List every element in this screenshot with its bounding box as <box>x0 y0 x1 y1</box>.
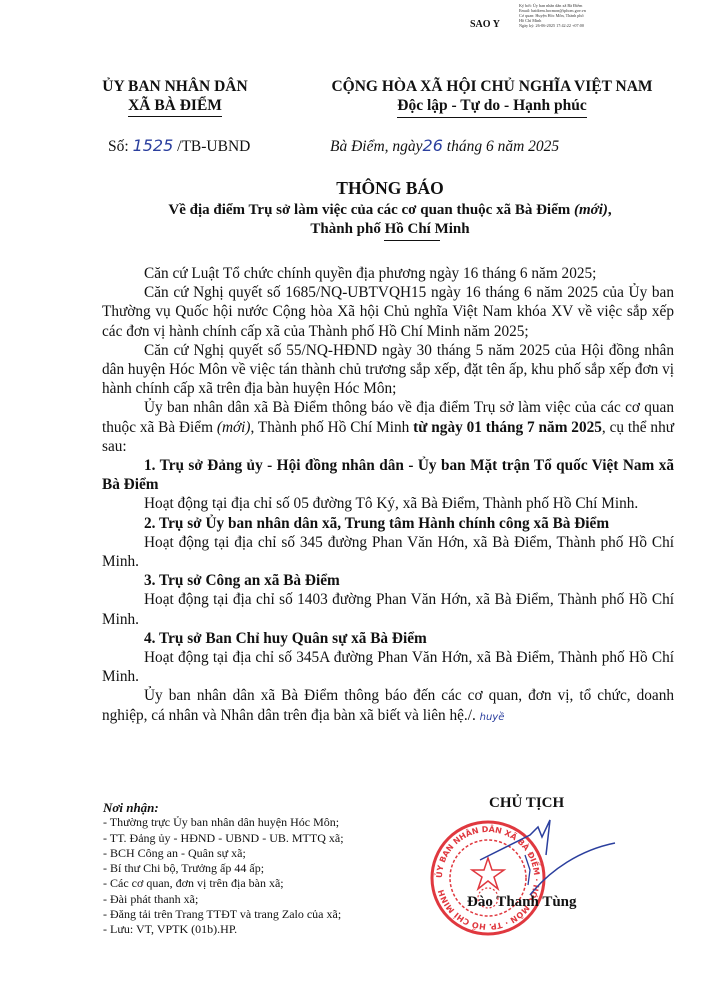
legal-basis: Căn cứ Nghị quyết số 55/NQ-HĐND ngày 30 … <box>102 341 674 399</box>
signature-meta-line: Ngày ký: 26-06-2025 17:42:22 +07:00 <box>519 23 589 28</box>
intro-paragraph: Ủy ban nhân dân xã Bà Điểm thông báo về … <box>102 398 674 456</box>
recipient-item: - BCH Công an - Quân sự xã; <box>103 846 344 861</box>
recipients-heading: Nơi nhận: <box>103 800 344 815</box>
recipients-list: Nơi nhận: - Thường trực Ủy ban nhân dân … <box>103 800 344 938</box>
recipient-item: - TT. Đảng ủy - HĐND - UBND - UB. MTTQ x… <box>103 831 344 846</box>
document-number: Số: 1525 /TB-UBND <box>108 136 250 156</box>
legal-basis: Căn cứ Luật Tổ chức chính quyền địa phươ… <box>102 264 674 283</box>
office-heading: 1. Trụ sở Đảng ủy - Hội đồng nhân dân - … <box>102 456 674 494</box>
national-header: CỘNG HÒA XÃ HỘI CHỦ NGHĨA VIỆT NAM Độc l… <box>302 77 682 118</box>
office-address: Hoạt động tại địa chỉ số 05 đường Tô Ký,… <box>102 494 674 513</box>
recipient-item: - Đăng tải trên Trang TTĐT và trang Zalo… <box>103 907 344 922</box>
recipient-item: - Các cơ quan, đơn vị trên địa bàn xã; <box>103 876 344 891</box>
office-address: Hoạt động tại địa chỉ số 345A đường Phan… <box>102 648 674 686</box>
nation-name: CỘNG HÒA XÃ HỘI CHỦ NGHĨA VIỆT NAM <box>302 77 682 96</box>
document-title: THÔNG BÁO <box>90 178 690 199</box>
closing-paragraph: Ủy ban nhân dân xã Bà Điểm thông báo đến… <box>102 686 674 726</box>
agency-line-2: XÃ BÀ ĐIỂM <box>128 96 222 117</box>
office-address: Hoạt động tại địa chỉ số 345 đường Phan … <box>102 533 674 571</box>
handwritten-day: 26 <box>423 136 443 155</box>
recipient-item: - Đài phát thanh xã; <box>103 892 344 907</box>
office-heading: 4. Trụ sở Ban Chỉ huy Quân sự xã Bà Điểm <box>102 629 674 648</box>
handwritten-number: 1525 <box>133 136 174 155</box>
signer-title: CHỦ TỊCH <box>489 795 564 812</box>
recipient-item: - Thường trực Ủy ban nhân dân huyện Hóc … <box>103 815 344 830</box>
office-address: Hoạt động tại địa chỉ số 1403 đường Phan… <box>102 590 674 628</box>
issuing-agency: ỦY BAN NHÂN DÂN XÃ BÀ ĐIỂM <box>100 77 250 117</box>
document-subtitle: Về địa điểm Trụ sở làm việc của các cơ q… <box>90 201 690 239</box>
legal-basis: Căn cứ Nghị quyết số 1685/NQ-UBTVQH15 ng… <box>102 283 674 341</box>
recipient-item: - Bí thư Chi bộ, Trưởng ấp 44 ấp; <box>103 861 344 876</box>
signer-name: Đào Thanh Tùng <box>467 894 577 911</box>
national-motto: Độc lập - Tự do - Hạnh phúc <box>397 96 586 118</box>
office-heading: 2. Trụ sở Ủy ban nhân dân xã, Trung tâm … <box>102 514 674 533</box>
recipient-item: - Lưu: VT, VPTK (01b).HP. <box>103 922 344 937</box>
signature-meta-line: Cơ quan: Huyện Hóc Môn, Thành phố Hồ Chí… <box>519 13 589 23</box>
document-body: Căn cứ Luật Tổ chức chính quyền địa phươ… <box>102 264 674 727</box>
agency-line-1: ỦY BAN NHÂN DÂN <box>100 77 250 96</box>
document-date: Bà Điểm, ngày26 tháng 6 năm 2025 <box>330 136 559 156</box>
digital-signature-meta: Ký bởi: Ủy ban nhân dân xã Bà Điểm Email… <box>519 3 589 28</box>
copy-mark-label: SAO Y <box>470 19 500 30</box>
office-heading: 3. Trụ sở Công an xã Bà Điểm <box>102 571 674 590</box>
handwritten-initial: huyề <box>480 712 505 723</box>
